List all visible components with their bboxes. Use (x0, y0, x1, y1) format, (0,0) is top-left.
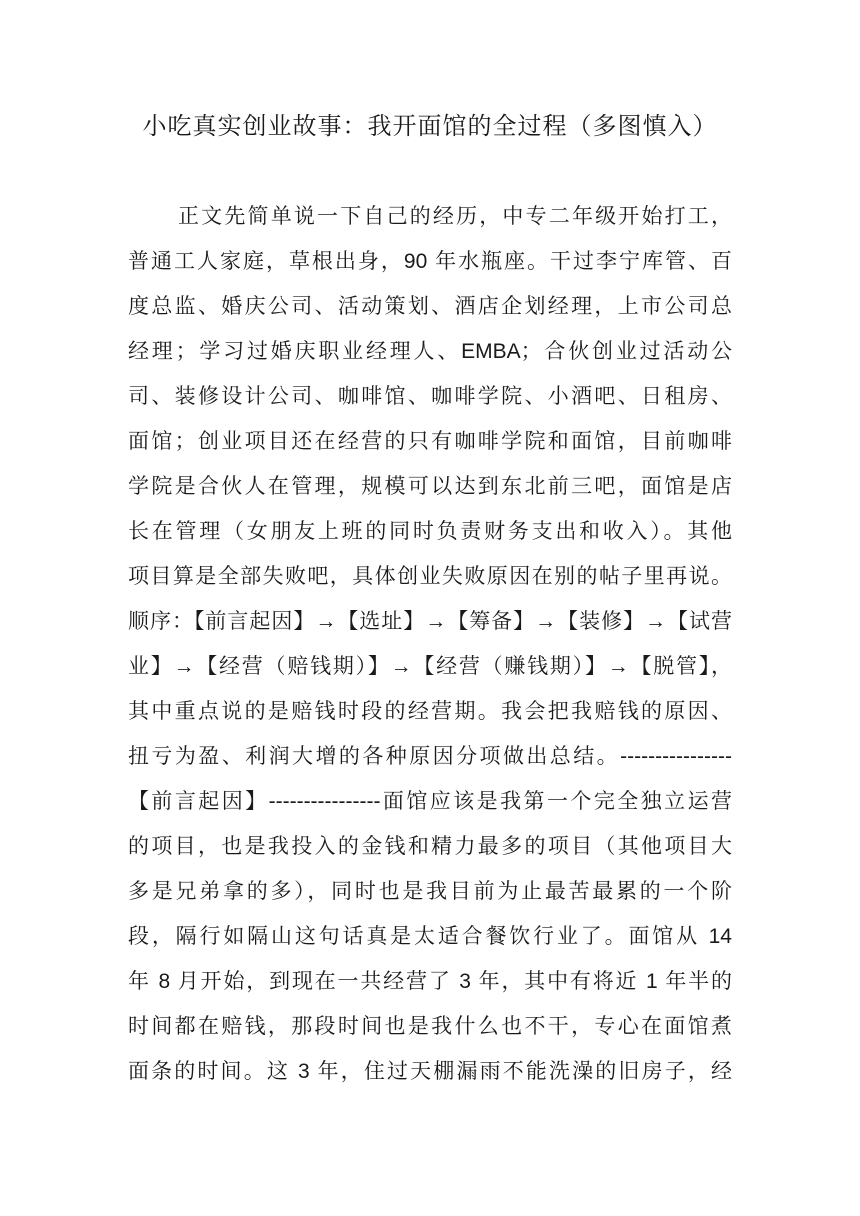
body-line: 正文先简单说一下自己的经历，中专二年级开始打工， (128, 194, 732, 239)
body-line: 扭亏为盈、利润大增的各种原因分项做出总结。---------------- (128, 734, 732, 779)
body-line: 司、装修设计公司、咖啡馆、咖啡学院、小酒吧、日租房、 (128, 374, 732, 419)
body-line: 长在管理（女朋友上班的同时负责财务支出和收入）。其他 (128, 509, 732, 554)
body-line: 【前言起因】----------------面馆应该是我第一个完全独立运营 (128, 779, 732, 824)
body-line: 经理；学习过婚庆职业经理人、EMBA；合伙创业过活动公 (128, 329, 732, 374)
body-line: 的项目，也是我投入的金钱和精力最多的项目（其他项目大 (128, 824, 732, 869)
body-line: 度总监、婚庆公司、活动策划、酒店企划经理，上市公司总 (128, 284, 732, 329)
body-line: 其中重点说的是赔钱时段的经营期。我会把我赔钱的原因、 (128, 689, 732, 734)
body-line: 学院是合伙人在管理，规模可以达到东北前三吧，面馆是店 (128, 464, 732, 509)
body-line: 顺序：【前言起因】→【选址】→【筹备】→【装修】→【试营 (128, 599, 732, 644)
body-line: 面馆；创业项目还在经营的只有咖啡学院和面馆，目前咖啡 (128, 419, 732, 464)
body-line: 多是兄弟拿的多），同时也是我目前为止最苦最累的一个阶 (128, 869, 732, 914)
document-title: 小吃真实创业故事：我开面馆的全过程（多图慎入） (0, 0, 860, 144)
body-line: 时间都在赔钱，那段时间也是我什么也不干，专心在面馆煮 (128, 1004, 732, 1049)
body-line: 项目算是全部失败吧，具体创业失败原因在别的帖子里再说。 (128, 554, 732, 599)
body-line: 面条的时间。这 3 年，住过天棚漏雨不能洗澡的旧房子，经 (128, 1049, 732, 1094)
body-line: 业】→【经营（赔钱期）】→【经营（赚钱期）】→【脱管】， (128, 644, 732, 689)
body-line: 年 8 月开始，到现在一共经营了 3 年，其中有将近 1 年半的 (128, 959, 732, 1004)
body-line: 普通工人家庭，草根出身，90 年水瓶座。干过李宁库管、百 (128, 239, 732, 284)
document-page: 小吃真实创业故事：我开面馆的全过程（多图慎入） 正文先简单说一下自己的经历，中专… (0, 0, 860, 1216)
body-line: 段，隔行如隔山这句话真是太适合餐饮行业了。面馆从 14 (128, 914, 732, 959)
document-body: 正文先简单说一下自己的经历，中专二年级开始打工， 普通工人家庭，草根出身，90 … (128, 194, 732, 1094)
